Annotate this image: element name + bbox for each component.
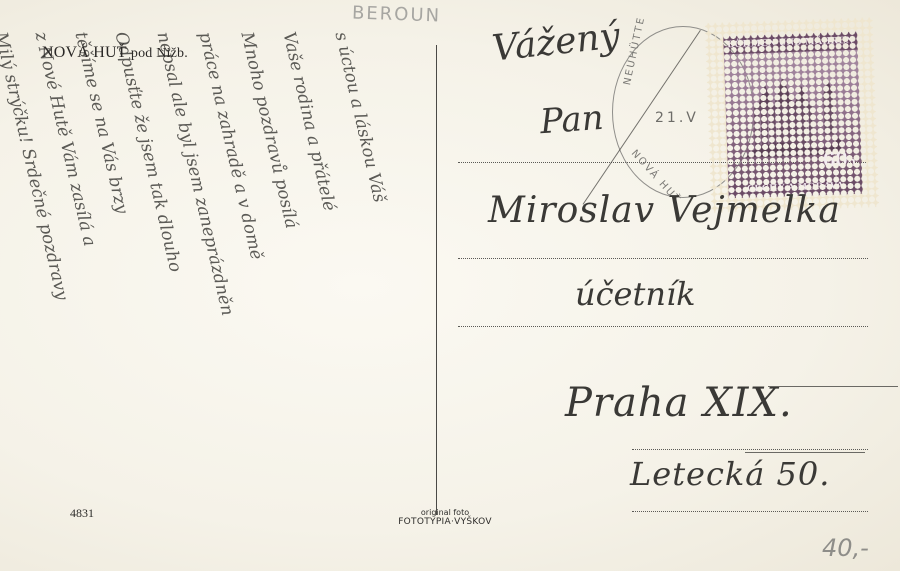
message-line: s úctou a láskou Váš <box>331 30 390 204</box>
address-line <box>458 326 868 327</box>
printed-title: NOVÁ HUŤ pod Nižb. <box>42 44 188 62</box>
address-line <box>632 449 868 450</box>
photo-credit-line2: FOTOTYPIA·VYŠKOV <box>385 517 505 527</box>
postcard: Milý strýčku! Srdečné pozdravy z Nové Hu… <box>0 0 900 571</box>
recipient-city: Praha XIX. <box>565 380 793 426</box>
postmark-date: 21.V <box>655 110 699 126</box>
address-pan: Pan <box>539 98 605 142</box>
address-line <box>458 258 868 259</box>
price-note: 40,- <box>822 534 869 562</box>
message-line: nepsal ale byl jsem zaneprázdněn <box>153 30 238 318</box>
recipient-name: Miroslav Vejmelka <box>488 190 841 231</box>
printed-title-rest: pod Nižb. <box>131 46 188 61</box>
photo-credit-line1: original foto <box>385 508 505 517</box>
stamp-header: BÖHMEN UND MÄHREN <box>723 32 858 55</box>
recipient-street: Letecká 50. <box>630 455 830 493</box>
address-salutation: Vážený <box>490 15 622 69</box>
stamp-value-number: 60 <box>823 146 848 172</box>
printed-title-main: NOVÁ HUŤ <box>42 44 127 61</box>
postage-stamp: BÖHMEN UND MÄHREN 60h ČE <box>705 17 880 213</box>
center-divider <box>436 45 437 515</box>
stamp-value-unit: h <box>847 154 855 169</box>
address-line <box>632 511 868 512</box>
city-underline <box>745 452 865 453</box>
cathedral-icon <box>738 64 841 157</box>
stamp-face: BÖHMEN UND MÄHREN 60h ČE <box>723 32 863 199</box>
catalog-number: 4831 <box>70 506 94 521</box>
recipient-title: účetník <box>575 275 696 313</box>
handwritten-message: Milý strýčku! Srdečné pozdravy z Nové Hu… <box>0 50 500 570</box>
photo-credit: original foto FOTOTYPIA·VYŠKOV <box>385 508 505 527</box>
city-underline <box>768 386 898 387</box>
pencil-note: BEROUN <box>352 2 442 26</box>
stamp-value: 60h <box>823 146 856 173</box>
